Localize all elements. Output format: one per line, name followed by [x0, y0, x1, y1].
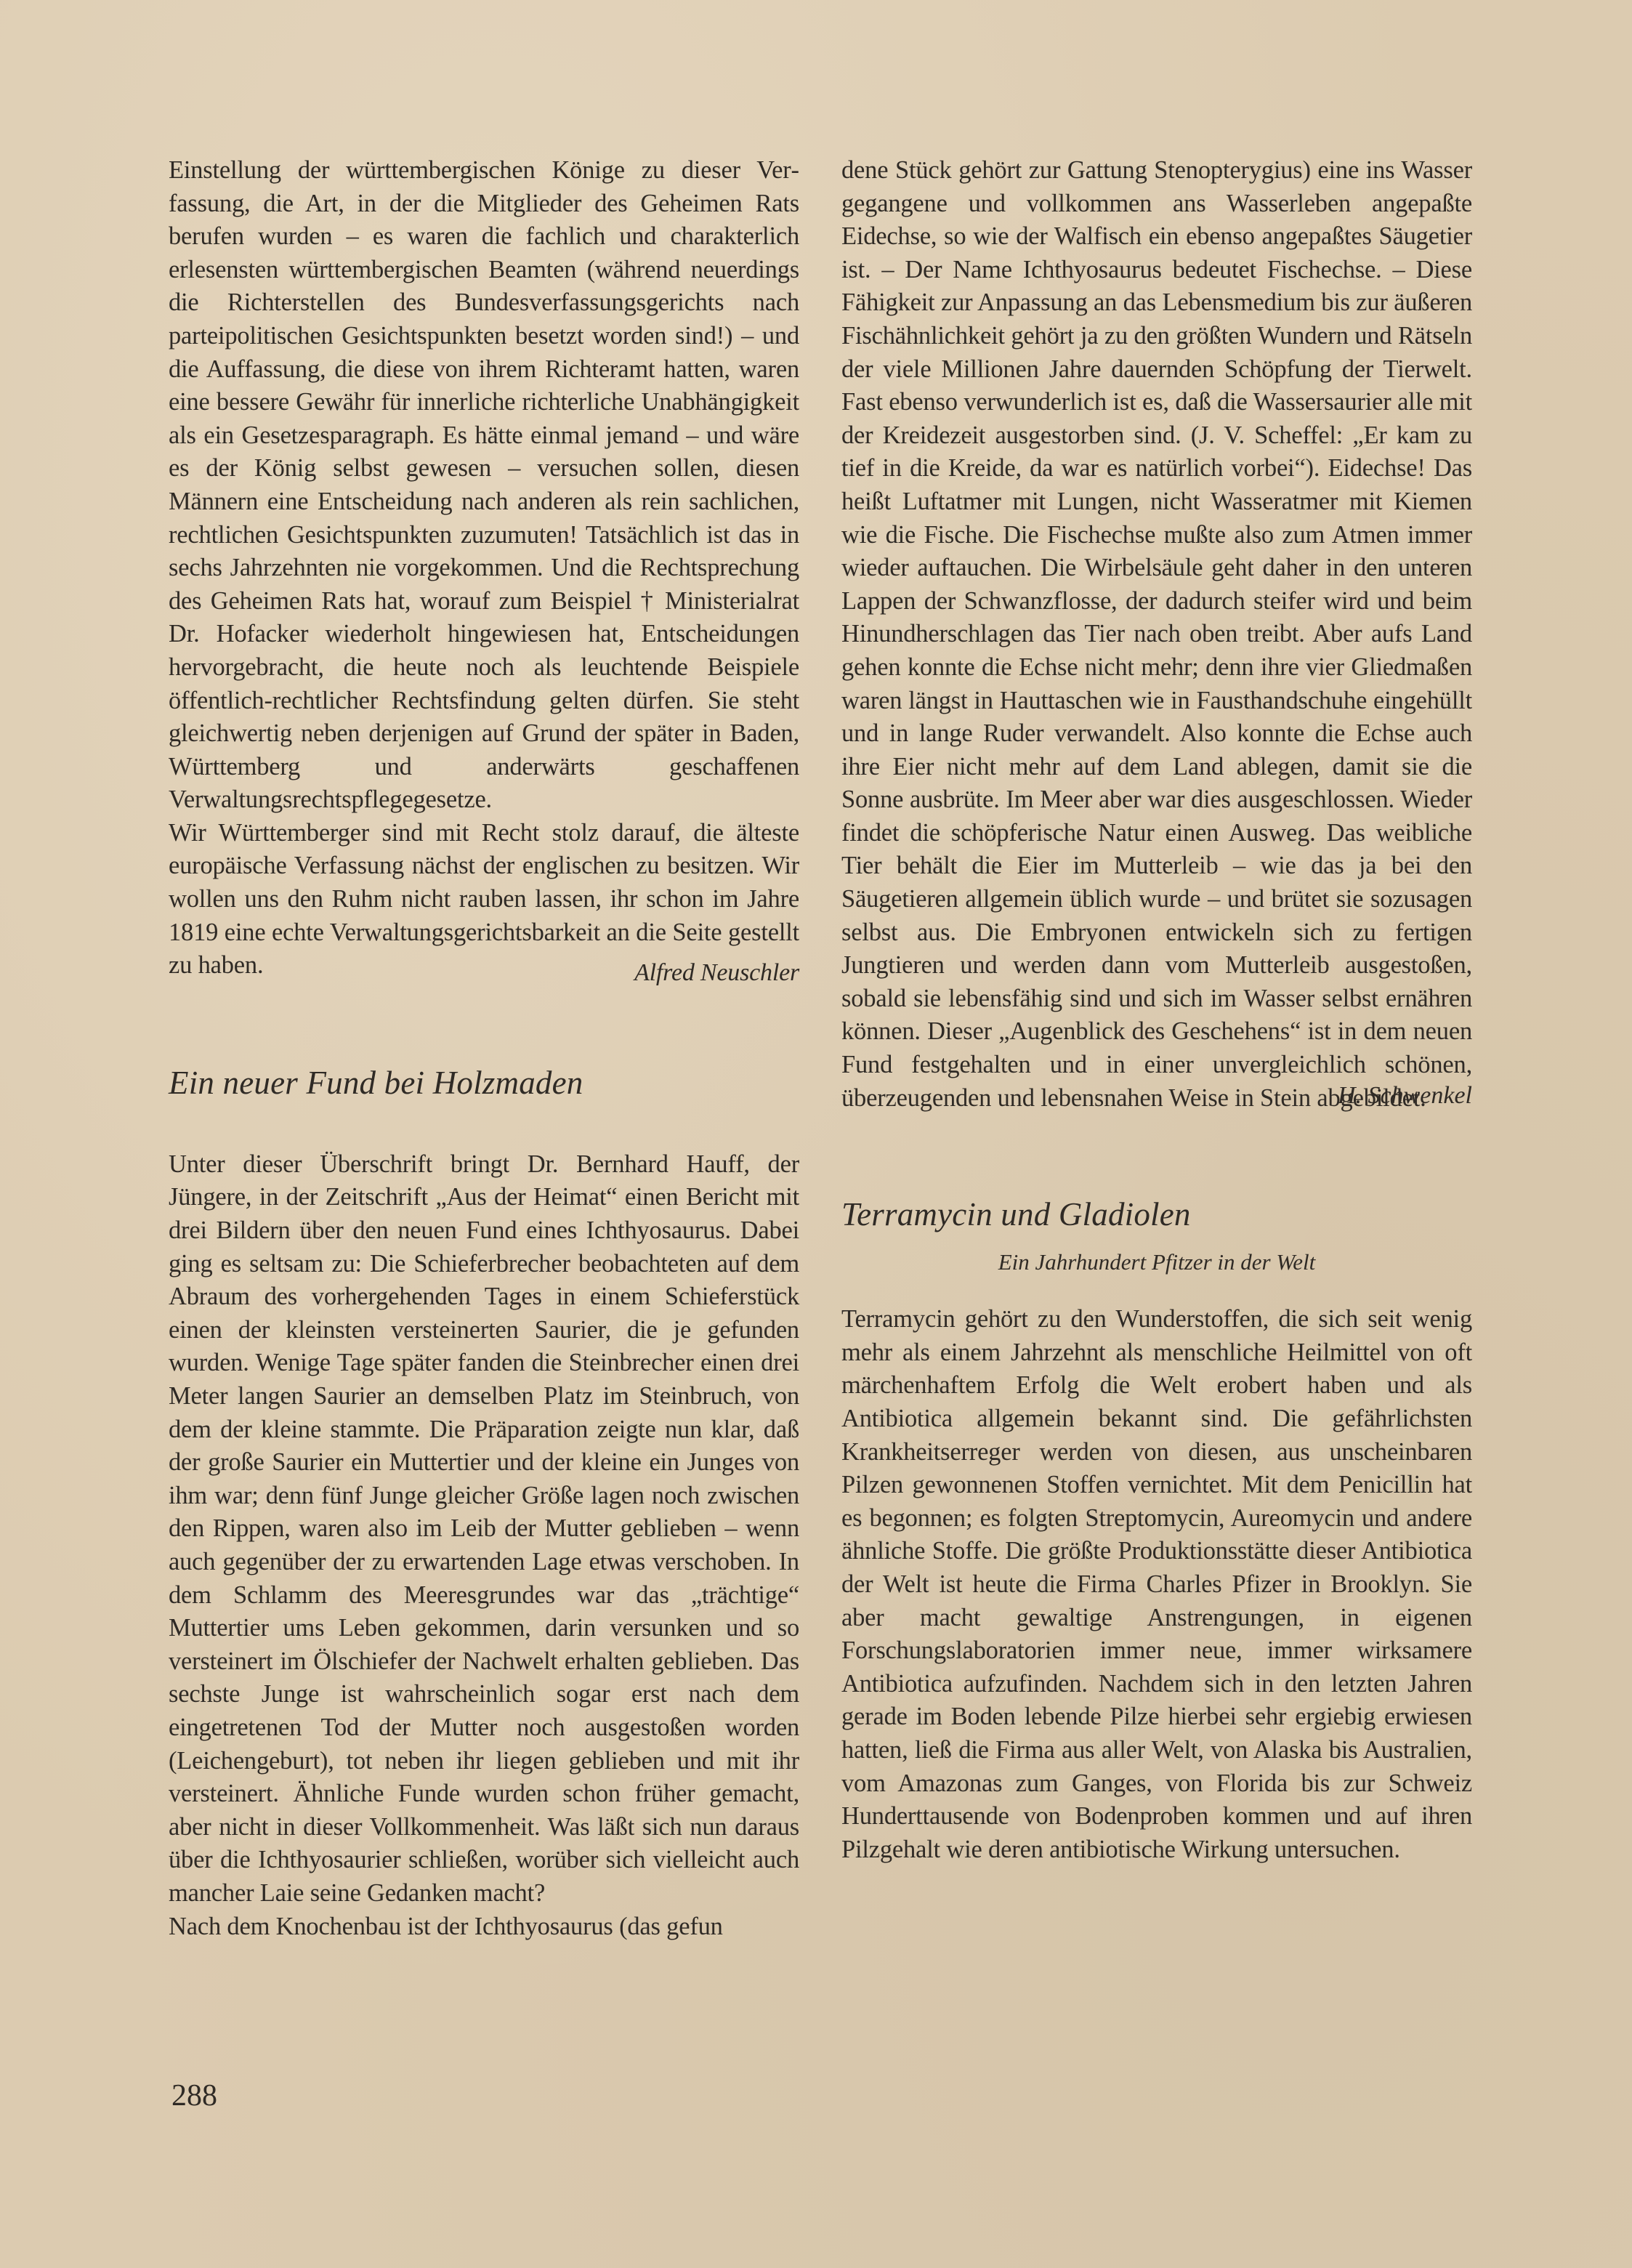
article-verfassung-continuation: Einstellung der württembergischen Könige…: [169, 154, 799, 982]
body-paragraph: Terramycin gehört zu den Wunderstoffen, …: [841, 1303, 1472, 1866]
body-paragraph: Unter dieser Überschrift bringt Dr. Bern…: [169, 1148, 799, 1910]
magazine-page: Einstellung der württembergischen Könige…: [0, 0, 1632, 2268]
article-title: Terramycin und Gladiolen: [841, 1195, 1472, 1233]
author-signature: Alfred Neuschler: [634, 956, 799, 990]
body-paragraph: Wir Württemberger sind mit Recht stolz d…: [169, 817, 799, 982]
article-holzmaden-continuation: dene Stück gehört zur Gattung Stenoptery…: [841, 154, 1472, 1110]
article-holzmaden: Unter dieser Überschrift bringt Dr. Bern…: [169, 1148, 799, 1943]
page-number: 288: [171, 2078, 217, 2113]
right-column: dene Stück gehört zur Gattung Stenoptery…: [841, 154, 1472, 1866]
article-terramycin: Terramycin gehört zu den Wunderstoffen, …: [841, 1303, 1472, 1866]
body-paragraph: Einstellung der württembergischen Könige…: [169, 154, 799, 817]
body-paragraph: Nach dem Knochenbau ist der Ichthyosauru…: [169, 1910, 799, 1944]
body-paragraph: dene Stück gehört zur Gattung Stenoptery…: [841, 154, 1472, 1115]
article-title: Ein neuer Fund bei Holzmaden: [169, 1064, 799, 1102]
paragraph-text: Wir Württemberger sind mit Recht stolz d…: [169, 819, 799, 979]
left-column: Einstellung der württembergischen Könige…: [169, 154, 799, 1943]
article-subtitle: Ein Jahrhundert Pfitzer in der Welt: [841, 1249, 1472, 1275]
